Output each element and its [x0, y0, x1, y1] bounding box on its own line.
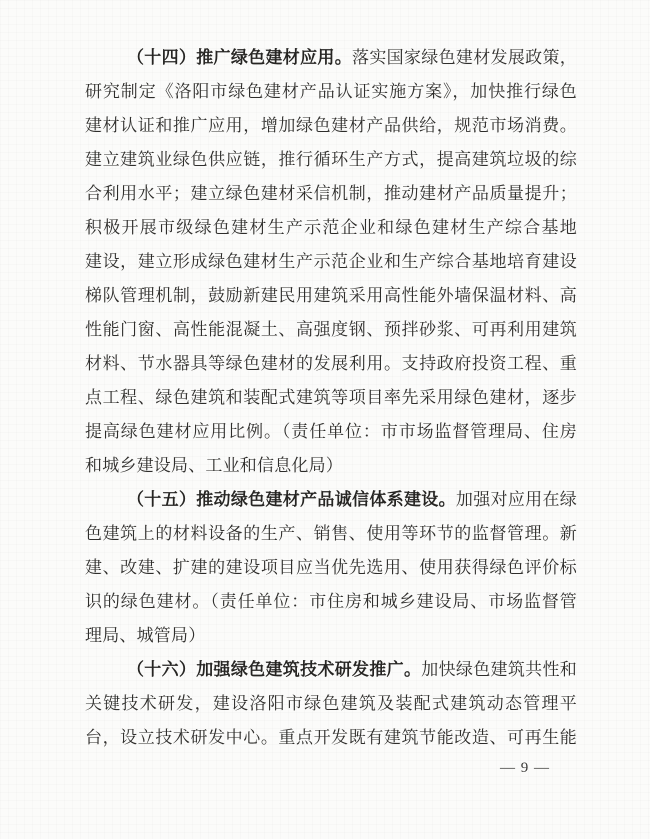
document-page: （十四）推广绿色建材应用。落实国家绿色建材发展政策， 研究制定《洛阳市绿色建材产…	[0, 0, 650, 839]
text-line-body: 点工程、绿色建筑和装配式建筑等项目率先采用绿色建材，逐步	[85, 388, 577, 407]
text-line: 性能门窗、高性能混凝土、高强度钢、预拌砂浆、可再利用建筑	[85, 313, 577, 347]
page-number: — 9 —	[500, 760, 550, 777]
text-line: 建材认证和推广应用，增加绿色建材产品供给，规范市场消费。	[85, 109, 577, 143]
text-line-body: 提高绿色建材应用比例。（责任单位：市市场监督管理局、住房	[85, 422, 577, 441]
section-heading: （十六）加强绿色建筑技术研发推广。	[127, 660, 421, 679]
text-line-body: 梯队管理机制，鼓励新建民用建筑采用高性能外墙保温材料、高	[85, 286, 577, 305]
text-line: 提高绿色建材应用比例。（责任单位：市市场监督管理局、住房	[85, 415, 577, 449]
text-line: 材料、节水器具等绿色建材的发展利用。支持政府投资工程、重	[85, 347, 577, 381]
text-line: 研究制定《洛阳市绿色建材产品认证实施方案》，加快推行绿色	[85, 75, 577, 109]
text-line-body: 合利用水平；建立绿色建材采信机制，推动建材产品质量提升；	[85, 184, 577, 203]
text-line: 建、改建、扩建的建设项目应当优先选用、使用获得绿色评价标	[85, 551, 577, 585]
text-line: 建立建筑业绿色供应链，推行循环生产方式，提高建筑垃圾的综	[85, 143, 577, 177]
text-line-body: 积极开展市级绿色建材生产示范企业和绿色建材生产综合基地	[85, 218, 577, 237]
text-line-body: 性能门窗、高性能混凝土、高强度钢、预拌砂浆、可再利用建筑	[85, 320, 577, 339]
text-line-body: 材料、节水器具等绿色建材的发展利用。支持政府投资工程、重	[85, 354, 577, 373]
text-line: 台，设立技术研发中心。重点开发既有建筑节能改造、可再生能	[85, 721, 577, 755]
text-line-body: 理局、城管局）	[85, 626, 205, 645]
section-heading: （十四）推广绿色建材应用。	[127, 48, 352, 67]
text-line: 合利用水平；建立绿色建材采信机制，推动建材产品质量提升；	[85, 177, 577, 211]
text-line: 梯队管理机制，鼓励新建民用建筑采用高性能外墙保温材料、高	[85, 279, 577, 313]
text-line-body: 研究制定《洛阳市绿色建材产品认证实施方案》，加快推行绿色	[85, 82, 577, 101]
text-line-body: 建设，建立形成绿色建材生产示范企业和生产综合基地培育建设	[85, 252, 577, 271]
text-line: （十四）推广绿色建材应用。落实国家绿色建材发展政策，	[85, 41, 577, 75]
text-line-body: 识的绿色建材。（责任单位：市住房和城乡建设局、市场监督管	[85, 592, 577, 611]
text-line: 积极开展市级绿色建材生产示范企业和绿色建材生产综合基地	[85, 211, 577, 245]
text-line: 建设，建立形成绿色建材生产示范企业和生产综合基地培育建设	[85, 245, 577, 279]
text-line-body: 建材认证和推广应用，增加绿色建材产品供给，规范市场消费。	[85, 116, 577, 135]
text-line: 点工程、绿色建筑和装配式建筑等项目率先采用绿色建材，逐步	[85, 381, 577, 415]
text-line: 和城乡建设局、工业和信息化局）	[85, 449, 577, 483]
text-line-body: 色建筑上的材料设备的生产、销售、使用等环节的监督管理。新	[85, 524, 577, 543]
text-line: 识的绿色建材。（责任单位：市住房和城乡建设局、市场监督管	[85, 585, 577, 619]
text-line-body: 建立建筑业绿色供应链，推行循环生产方式，提高建筑垃圾的综	[85, 150, 577, 169]
text-line: （十六）加强绿色建筑技术研发推广。加快绿色建筑共性和	[85, 653, 577, 687]
text-line: 色建筑上的材料设备的生产、销售、使用等环节的监督管理。新	[85, 517, 577, 551]
text-line-body: 建、改建、扩建的建设项目应当优先选用、使用获得绿色评价标	[85, 558, 577, 577]
text-line-body: 关键技术研发，建设洛阳市绿色建筑及装配式建筑动态管理平	[85, 694, 577, 713]
text-line-body: 和城乡建设局、工业和信息化局）	[85, 456, 343, 475]
text-line: （十五）推动绿色建材产品诚信体系建设。加强对应用在绿	[85, 483, 577, 517]
text-line-body: 落实国家绿色建材发展政策，	[352, 48, 577, 67]
text-line-body: 加快绿色建筑共性和	[421, 660, 577, 679]
text-line-body: 加强对应用在绿	[456, 490, 577, 509]
document-text-block: （十四）推广绿色建材应用。落实国家绿色建材发展政策， 研究制定《洛阳市绿色建材产…	[85, 41, 577, 755]
text-line: 理局、城管局）	[85, 619, 577, 653]
text-line: 关键技术研发，建设洛阳市绿色建筑及装配式建筑动态管理平	[85, 687, 577, 721]
text-line-body: 台，设立技术研发中心。重点开发既有建筑节能改造、可再生能	[85, 728, 577, 747]
section-heading: （十五）推动绿色建材产品诚信体系建设。	[127, 490, 456, 509]
